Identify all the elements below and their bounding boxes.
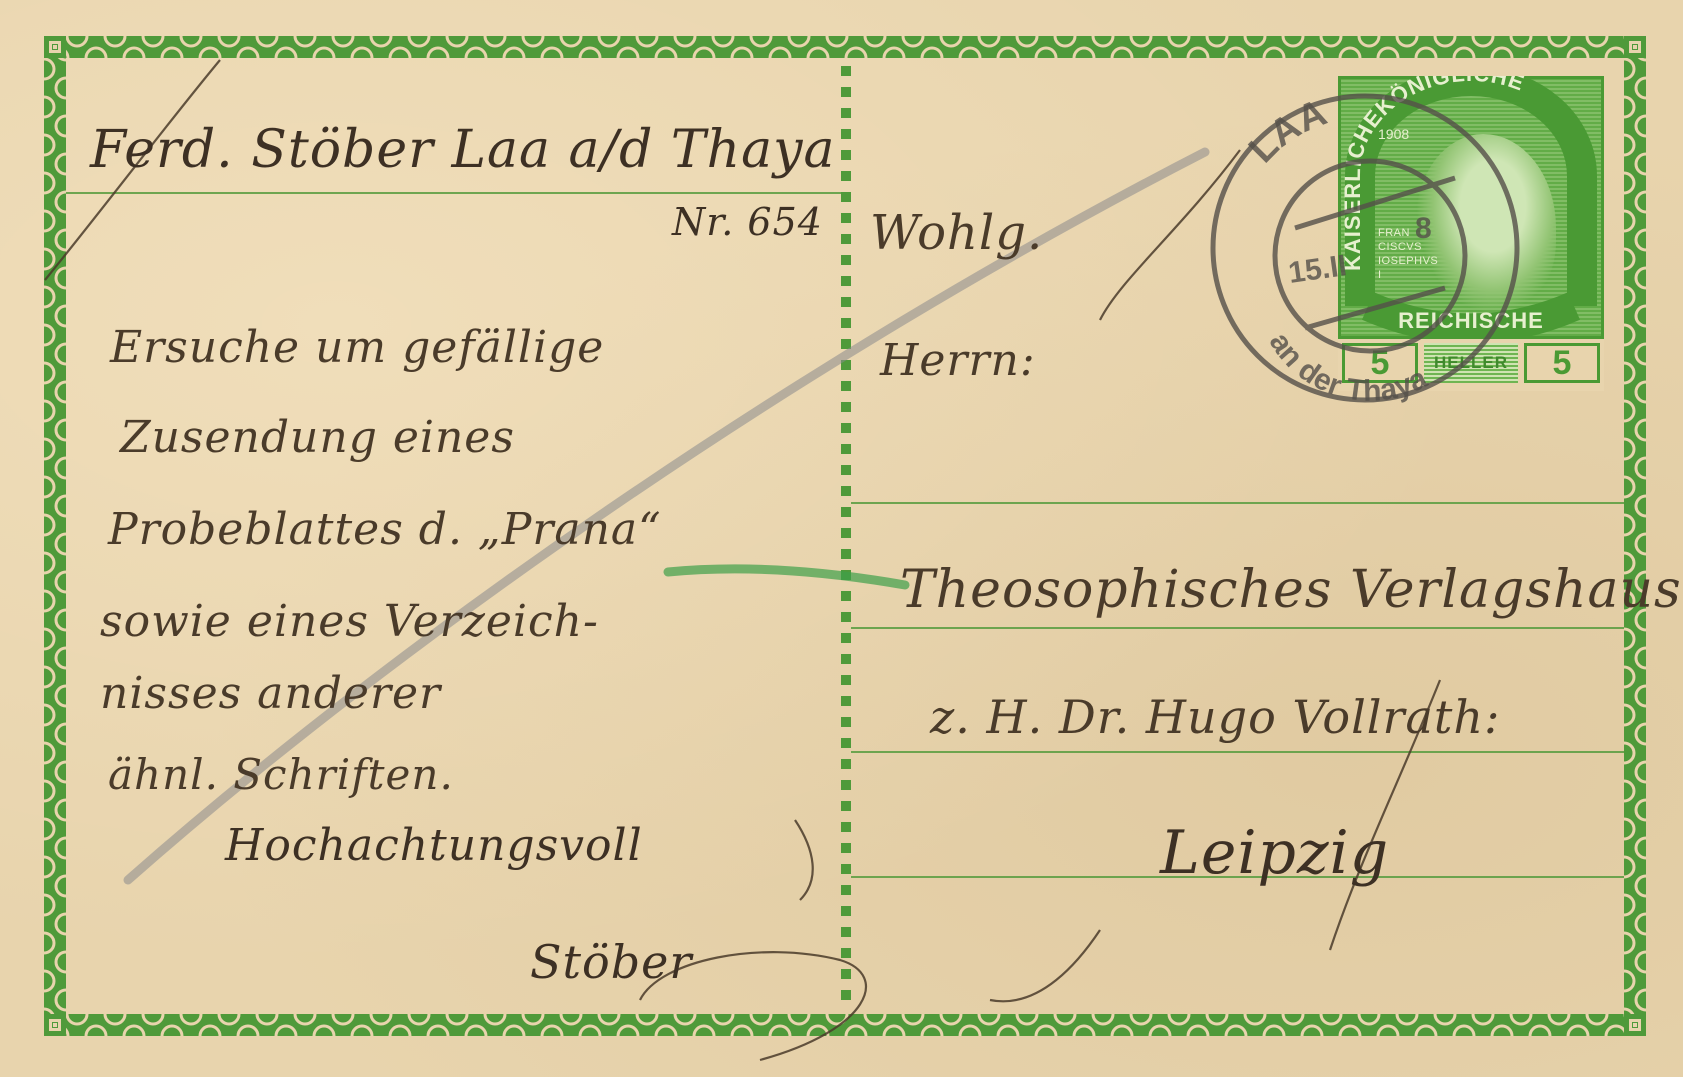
message-line: ähnl. Schriften. <box>108 750 454 799</box>
message-line: sowie eines Verzeich- <box>100 596 599 647</box>
recipient-attention: z. H. Dr. Hugo Vollrath: <box>930 690 1501 744</box>
signature: Stöber <box>530 935 692 989</box>
recipient-title: Herrn: <box>880 335 1036 386</box>
message-line: Ersuche um gefällige <box>110 322 604 373</box>
sender-line: Ferd. Stöber Laa a/d Thaya <box>90 120 835 180</box>
recipient-name: Theosophisches Verlagshaus <box>900 560 1682 620</box>
recipient-city: Leipzig <box>1160 818 1389 888</box>
postcard: KAISERLICHEKÖNIGLICHE REICHISCHE 1908 FR… <box>0 0 1683 1077</box>
message-line: Probeblattes d. „Prana“ <box>108 504 662 555</box>
green-crayon-stroke <box>668 569 905 585</box>
closing-line: Hochachtungsvoll <box>225 820 643 871</box>
message-line: Zusendung eines <box>120 412 515 463</box>
recipient-salutation: Wohlg. <box>870 205 1043 261</box>
sender-number: Nr. 654 <box>672 200 823 244</box>
message-line: nisses anderer <box>100 668 441 719</box>
